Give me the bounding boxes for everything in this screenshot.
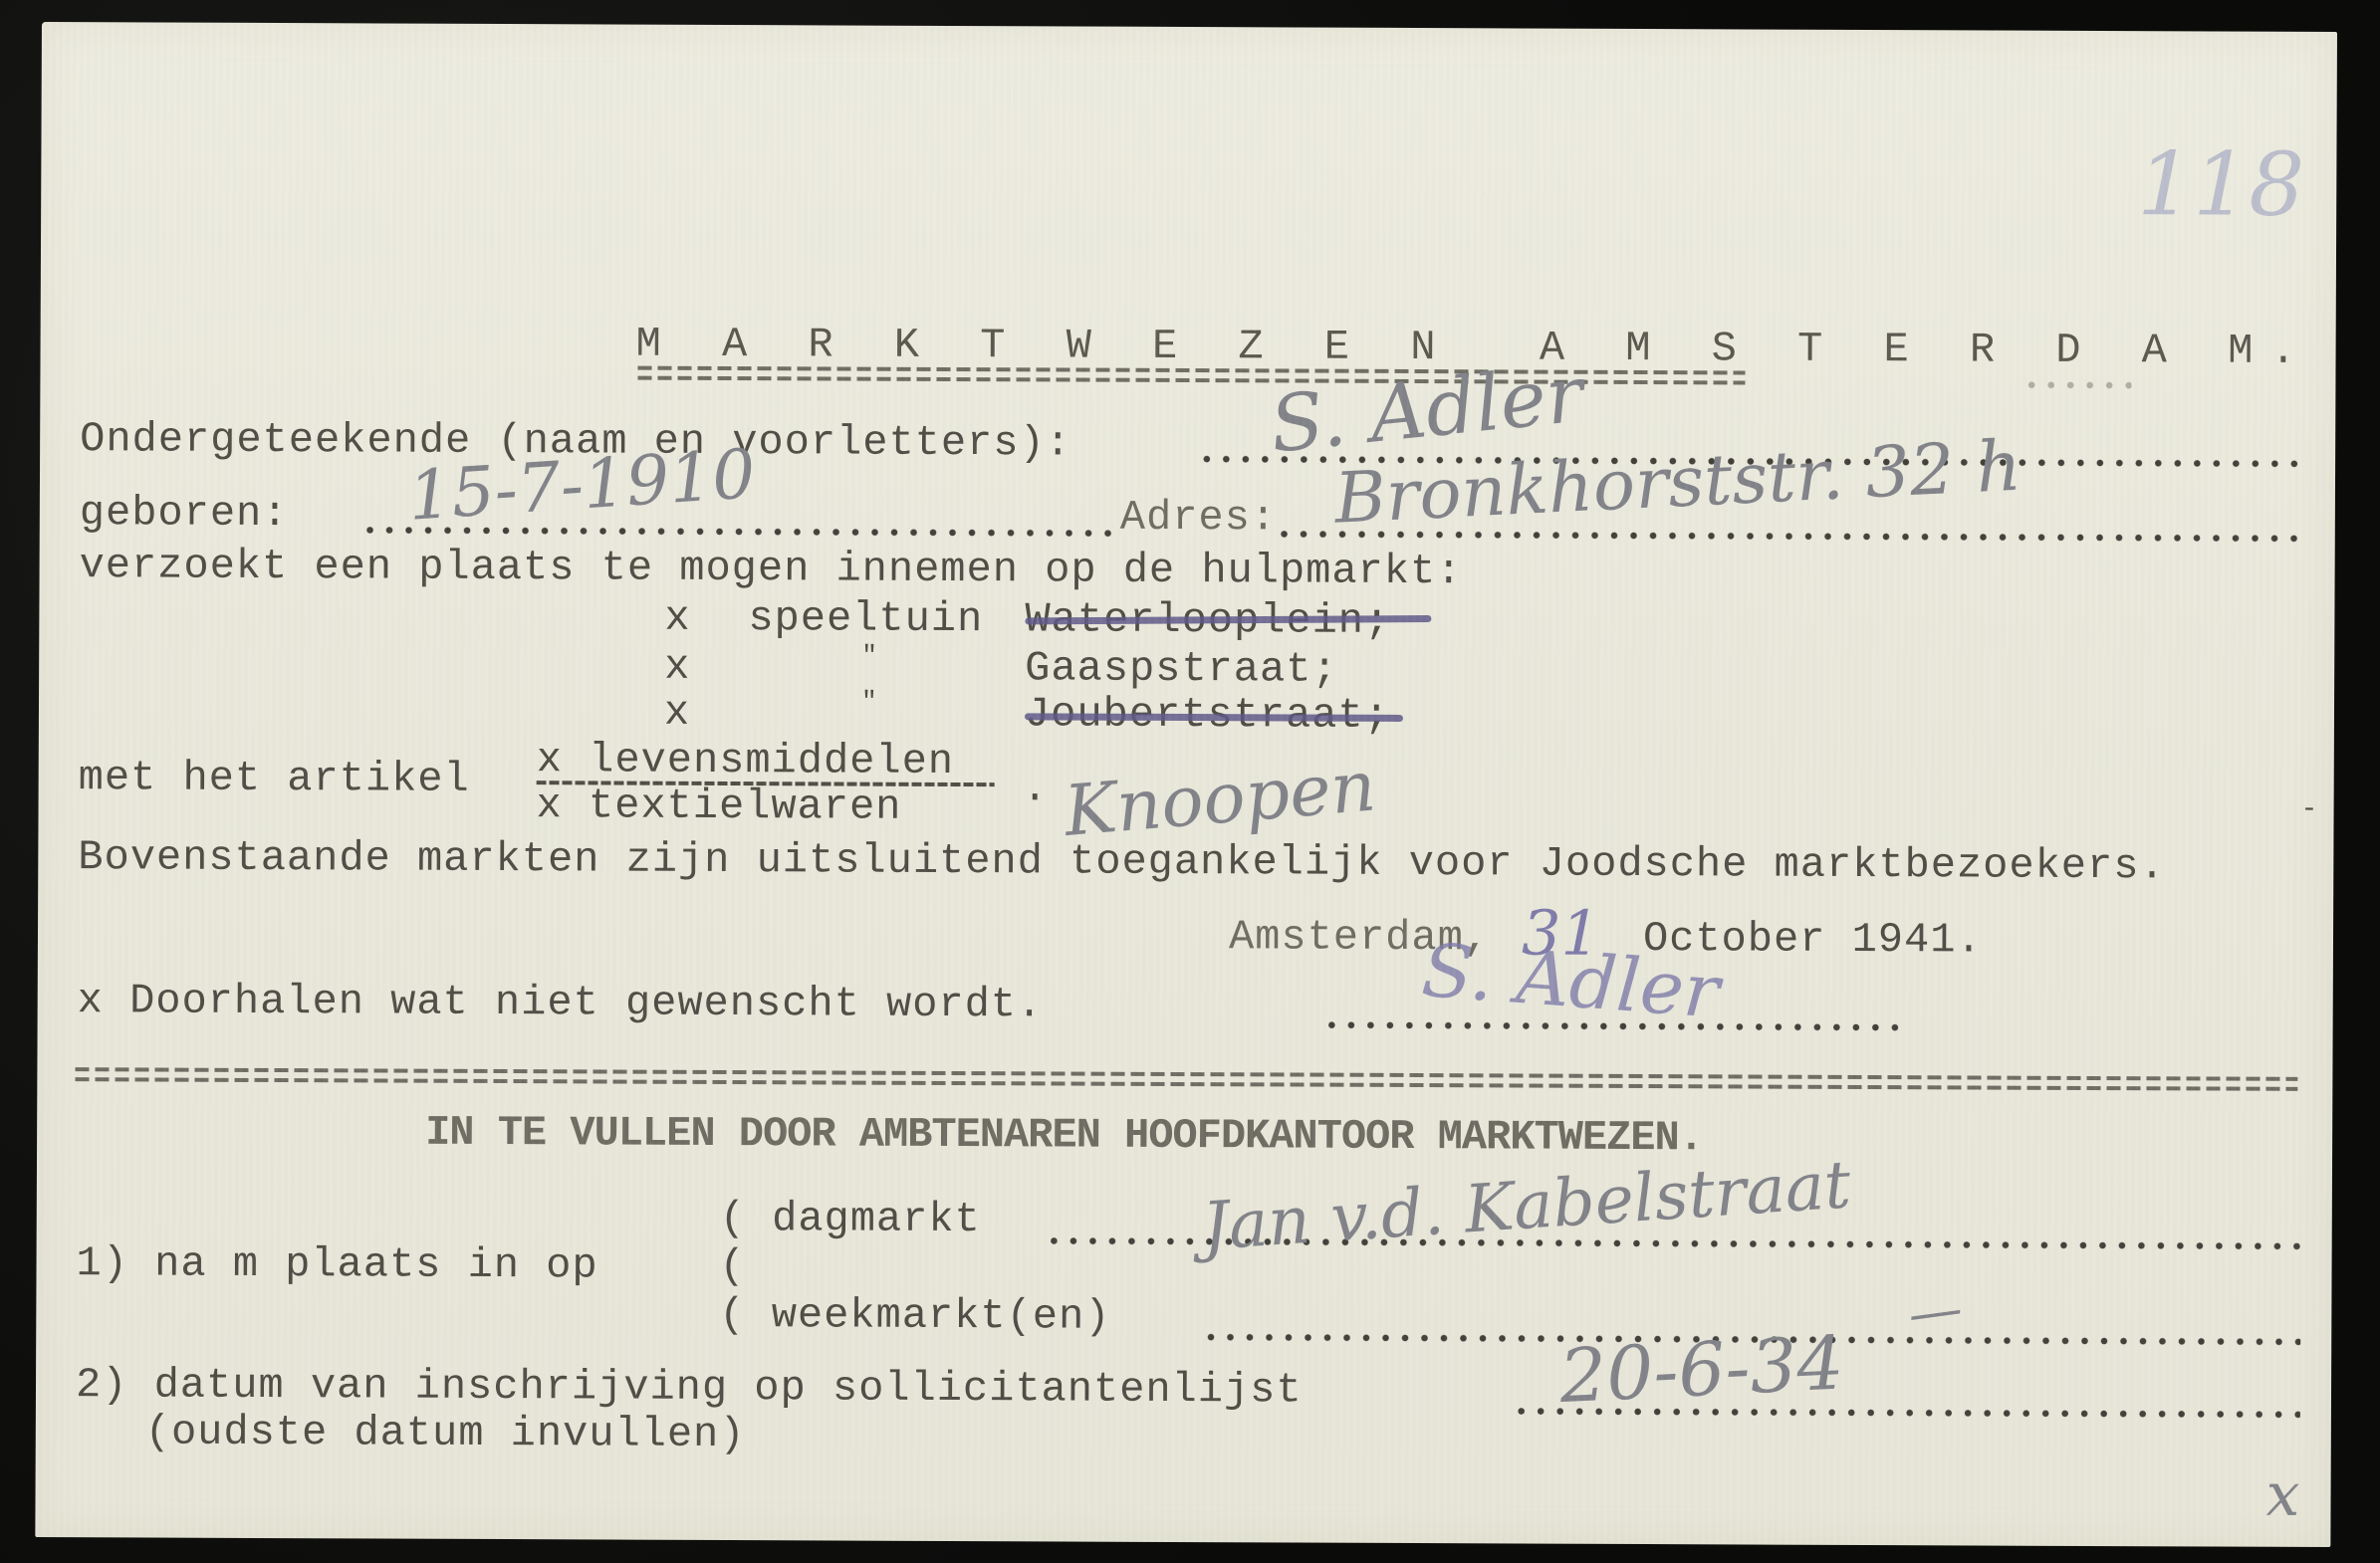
market-1-prefix: speeltuin [748,597,983,640]
market-1-marker: x [664,597,690,639]
article-option-textielwaren: x textielwaren [536,784,901,828]
archive-number-annotation: 118 [2137,140,2304,229]
born-label: geboren: [80,492,289,535]
article-label: met het artikel [79,757,470,800]
market-2-prefix: " [861,643,878,669]
jewish-only-notice: Bovenstaande markten zijn uitsluitend to… [78,836,2165,887]
weekmarkt-label: ( weekmarkt(en) [719,1294,1110,1338]
item-2-label: 2) datum van inschrijving op sollicitant… [76,1364,1303,1411]
request-intro: verzoekt een plaats te mogen innemen op … [80,545,1463,592]
market-3-marker: x [664,692,690,734]
dagmarkt-label: ( dagmarkt [720,1198,981,1240]
market-permit-card: 118 M A R K T W E Z E N A M S T E R D A … [35,22,2337,1547]
born-handwritten: 15-7-1910 [406,441,758,532]
address-label: Adres: [1120,497,1277,540]
weekmarkt-handwritten: — [1905,1281,1966,1342]
market-2-marker: x [664,646,690,688]
bracket-middle: ( [719,1245,745,1287]
strike-instruction: x Doorhalen wat niet gewenscht wordt. [78,980,1044,1025]
item-1-label: 1) na m plaats in op [76,1242,597,1286]
section-separator [75,1067,2297,1091]
market-3-prefix: " [861,689,878,715]
faint-dot-marks [2022,381,2131,389]
market-2-name: Gaaspstraat; [1025,647,1338,690]
official-section-heading: IN TE VULLEN DOOR AMBTENAREN HOOFDKANTOO… [425,1112,1703,1160]
check-mark-annotation: x [2265,1465,2299,1525]
article-period: . [1023,768,1049,809]
applicant-signature: S. Adler [1419,934,1721,1029]
item-2-note: (oudste datum invullen) [145,1411,746,1455]
margin-tick: - [2301,796,2319,824]
item-2-handwritten-date: 20-6-34 [1557,1326,1845,1414]
article-option-levensmiddelen: x levensmiddelen [537,739,954,782]
article-handwritten: Knoopen [1062,751,1378,846]
